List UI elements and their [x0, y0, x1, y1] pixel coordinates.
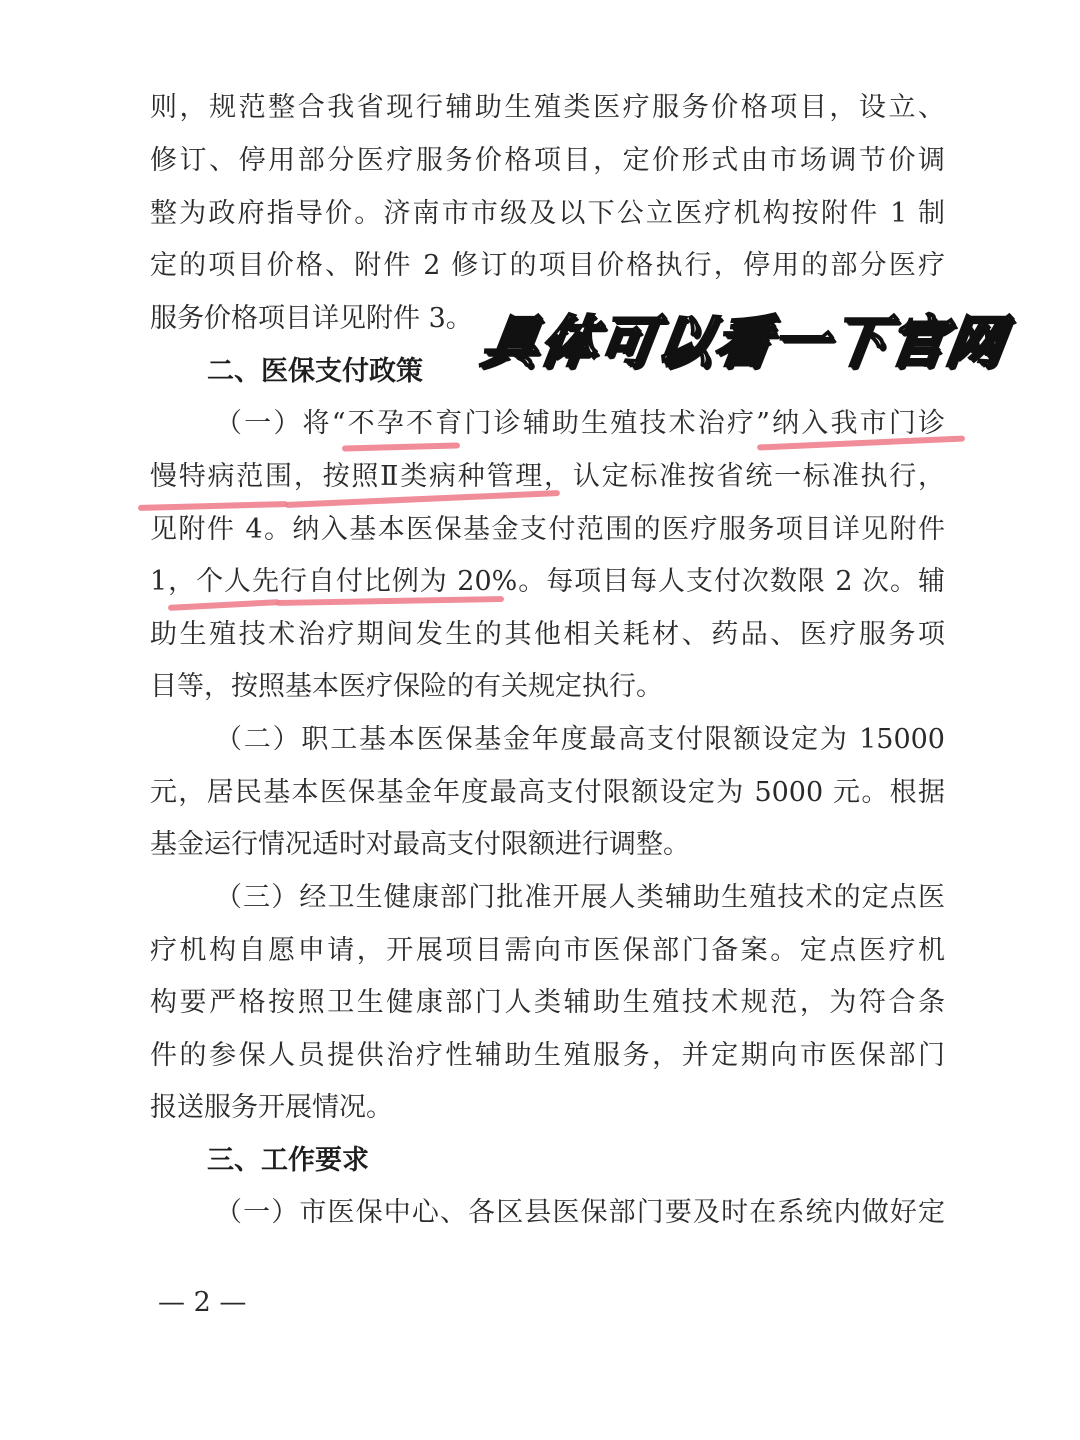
paragraph-line: 1，个人先行自付比例为 20%。每项目每人支付次数限 2 次。辅	[150, 562, 945, 602]
paragraph-line: 疗机构自愿申请，开展项目需向市医保部门备案。定点医疗机	[150, 931, 945, 971]
paragraph-line: 定的项目价格、附件 2 修订的项目价格执行，停用的部分医疗	[150, 246, 945, 286]
paragraph-line: 构要严格按照卫生健康部门人类辅助生殖技术规范，为符合条	[150, 983, 945, 1023]
paragraph-line: 基金运行情况适时对最高支付限额进行调整。	[150, 825, 945, 865]
paragraph-line: 助生殖技术治疗期间发生的其他相关耗材、药品、医疗服务项	[150, 615, 945, 655]
paragraph-line: （二）职工基本医保基金年度最高支付限额设定为 15000	[215, 720, 945, 760]
paragraph-line: 则，规范整合我省现行辅助生殖类医疗服务价格项目，设立、	[150, 88, 945, 128]
document-page: 则，规范整合我省现行辅助生殖类医疗服务价格项目，设立、 修订、停用部分医疗服务价…	[0, 0, 1080, 1440]
page-number: — 2 —	[158, 1283, 246, 1323]
paragraph-line: 件的参保人员提供治疗性辅助生殖服务，并定期向市医保部门	[150, 1036, 945, 1076]
overlay-caption: 具体可以看一下官网	[477, 308, 1009, 378]
section-heading: 三、工作要求	[207, 1141, 369, 1181]
paragraph-line: 整为政府指导价。济南市市级及以下公立医疗机构按附件 1 制	[150, 194, 945, 234]
paragraph-line: 元，居民基本医保基金年度最高支付限额设定为 5000 元。根据	[150, 773, 945, 813]
paragraph-line: 见附件 4。纳入基本医保基金支付范围的医疗服务项目详见附件	[150, 510, 945, 550]
paragraph-line: 报送服务开展情况。	[150, 1088, 945, 1128]
section-heading: 二、医保支付政策	[207, 352, 423, 392]
paragraph-line: 修订、停用部分医疗服务价格项目，定价形式由市场调节价调	[150, 141, 945, 181]
paragraph-line: （一）将“不孕不育门诊辅助生殖技术治疗”纳入我市门诊	[215, 404, 945, 444]
paragraph-line: 目等，按照基本医疗保险的有关规定执行。	[150, 667, 945, 707]
paragraph-line: （三）经卫生健康部门批准开展人类辅助生殖技术的定点医	[215, 878, 945, 918]
paragraph-line: （一）市医保中心、各区县医保部门要及时在系统内做好定	[215, 1193, 945, 1233]
